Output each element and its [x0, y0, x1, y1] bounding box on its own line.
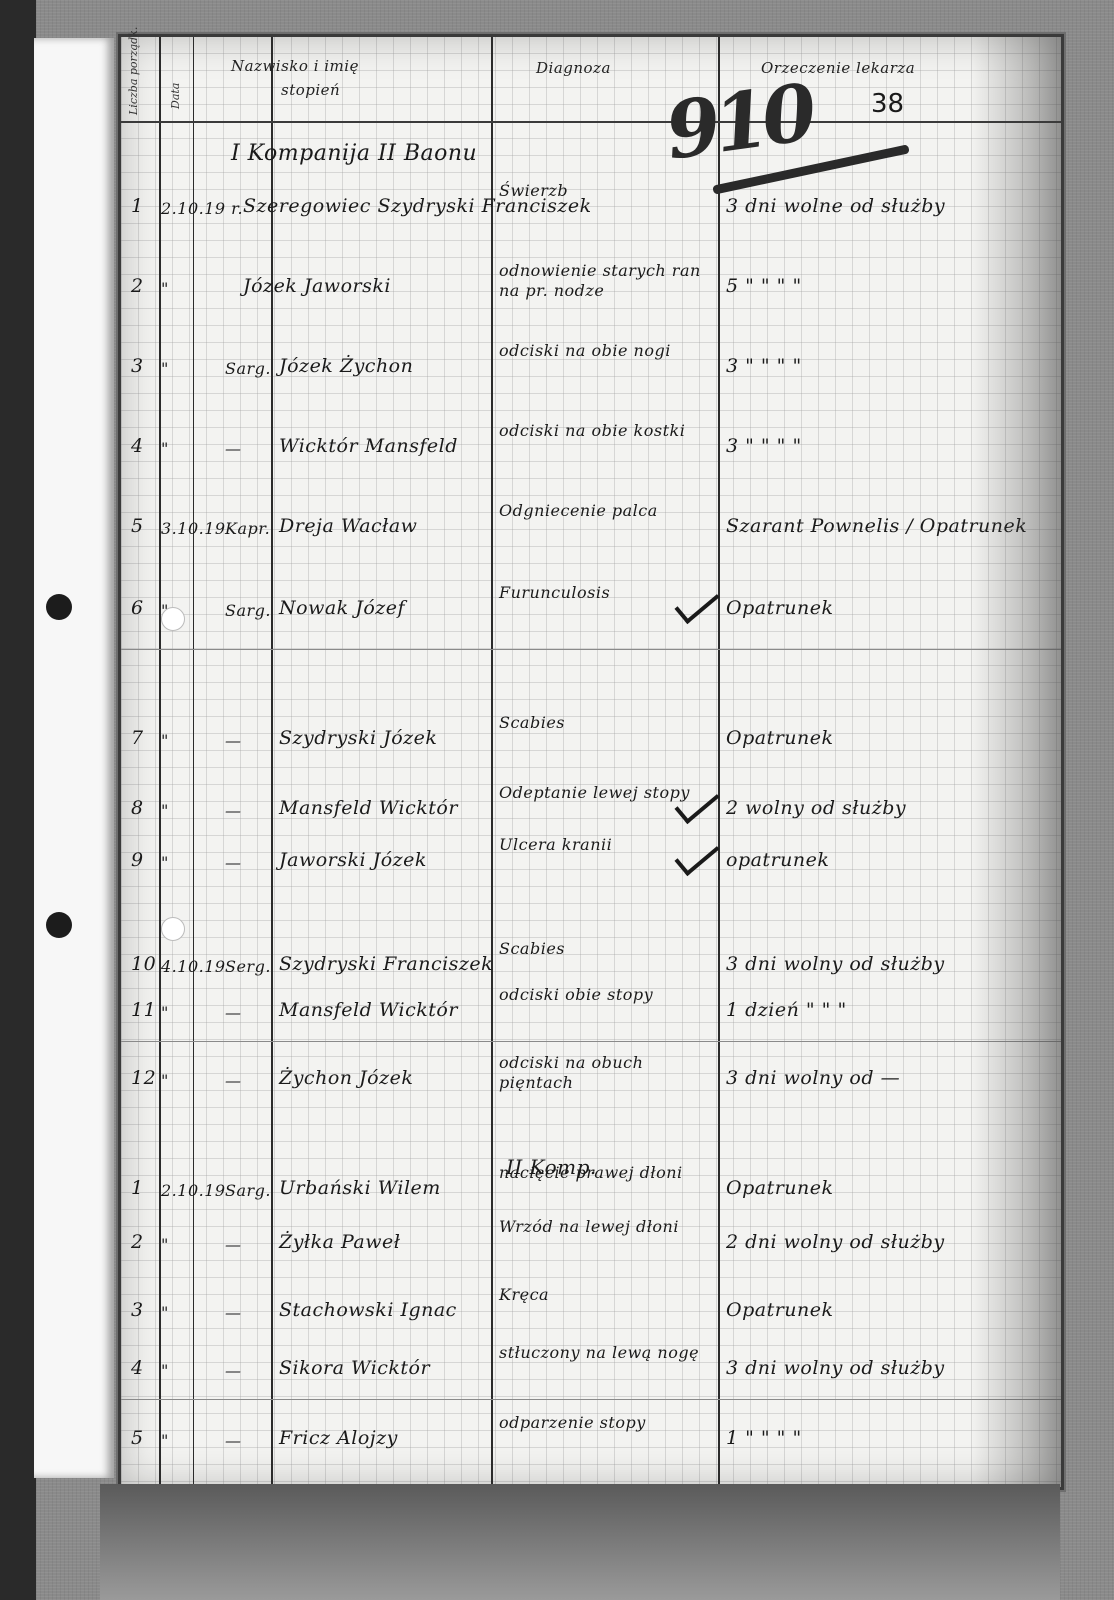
back-leaf	[34, 38, 114, 1478]
entry-rank: —	[225, 1003, 242, 1022]
entry-rank: Kapr.	[225, 519, 270, 538]
entry-date: "	[161, 359, 169, 378]
entry-physician-note: Szarant Pownelis / Opatrunek	[726, 515, 1046, 537]
entry-number: 1	[131, 195, 144, 217]
entry-number: 4	[131, 1357, 144, 1379]
header-ordinal: Liczba porządk.	[127, 27, 140, 115]
ledger-page: Liczba porządk. Data Nazwisko i imię sto…	[118, 34, 1064, 1490]
entry-name: Żychon Józek	[279, 1067, 413, 1089]
header-name: Nazwisko i imię	[231, 57, 359, 75]
entry-number: 1	[131, 1177, 144, 1199]
header-rule	[121, 121, 1061, 123]
header-date: Data	[169, 83, 182, 109]
entry-rank: —	[225, 1361, 242, 1380]
section-title: II Komp.	[506, 1155, 597, 1179]
entry-name: Józek Jaworski	[243, 275, 391, 297]
row-rule	[121, 649, 1061, 650]
punch-hole	[161, 917, 185, 941]
scanner-edge	[0, 0, 36, 1600]
entry-number: 8	[131, 797, 144, 819]
entry-date: "	[161, 731, 169, 750]
entry-number: 12	[131, 1067, 156, 1089]
entry-physician-note: 3 dni wolny od —	[726, 1067, 1046, 1089]
entry-date: "	[161, 853, 169, 872]
entry-physician-note: Opatrunek	[726, 1299, 1046, 1321]
entry-diagnosis: Świerzb	[499, 181, 714, 201]
entry-diagnosis: odciski obie stopy	[499, 985, 714, 1005]
entry-date: "	[161, 801, 169, 820]
entry-diagnosis: stłuczony na lewą nogę	[499, 1343, 714, 1363]
entry-physician-note: 3 dni wolne od służby	[726, 195, 1046, 217]
entry-date: "	[161, 439, 169, 458]
entry-number: 5	[131, 1427, 144, 1449]
binder-hole	[46, 594, 72, 620]
entry-name: Józek Żychon	[279, 355, 413, 377]
entry-diagnosis: odciski na obie kostki	[499, 421, 714, 441]
entry-physician-note: opatrunek	[726, 849, 1046, 871]
entry-name: Żyłka Paweł	[279, 1231, 400, 1253]
entry-diagnosis: Odeptanie lewej stopy	[499, 783, 714, 803]
entry-diagnosis: Ulcera kranii	[499, 835, 714, 855]
entry-date: "	[161, 1361, 169, 1380]
entry-name: Wicktór Mansfeld	[279, 435, 458, 457]
header-diagnosis: Diagnoza	[536, 59, 611, 77]
entry-date: "	[161, 601, 169, 620]
entry-rank: —	[225, 1071, 242, 1090]
entry-rank: Sarg.	[225, 601, 271, 620]
archive-stamp-number: 910	[660, 67, 816, 177]
entry-diagnosis: Scabies	[499, 939, 714, 959]
entry-number: 6	[131, 597, 144, 619]
entry-date: 4.10.19	[161, 957, 226, 976]
row-rule	[121, 1041, 1061, 1042]
entry-date: "	[161, 1303, 169, 1322]
section-title: I Kompanija II Baonu	[231, 141, 477, 166]
entry-diagnosis: odciski na obuch pięntach	[499, 1053, 714, 1093]
entry-number: 4	[131, 435, 144, 457]
entry-diagnosis: Furunculosis	[499, 583, 714, 603]
entry-date: "	[161, 1003, 169, 1022]
entry-rank: Sarg.	[225, 359, 271, 378]
column-divider	[193, 37, 194, 1487]
entry-diagnosis: Odgniecenie palca	[499, 501, 714, 521]
entry-physician-note: 3 dni wolny od służby	[726, 1357, 1046, 1379]
entry-date: "	[161, 1071, 169, 1090]
entry-rank: Sarg.	[225, 1181, 271, 1200]
column-divider	[491, 37, 493, 1487]
entry-number: 5	[131, 515, 144, 537]
entry-number: 2	[131, 1231, 144, 1253]
entry-date: 3.10.19	[161, 519, 226, 538]
entry-rank: —	[225, 801, 242, 820]
entry-name: Nowak Józef	[279, 597, 405, 619]
entry-physician-note: 2 dni wolny od służby	[726, 1231, 1046, 1253]
entry-rank: —	[225, 1235, 242, 1254]
entry-diagnosis: odnowienie starych ran na pr. nodze	[499, 261, 714, 301]
entry-physician-note: 2 wolny od służby	[726, 797, 1046, 819]
entry-rank: —	[225, 1431, 242, 1450]
entry-name: Mansfeld Wicktór	[279, 999, 458, 1021]
entry-name: Urbański Wilem	[279, 1177, 441, 1199]
entry-name: Stachowski Ignac	[279, 1299, 457, 1321]
entry-rank: —	[225, 1303, 242, 1322]
column-divider	[159, 37, 161, 1487]
entry-diagnosis: Wrzód na lewej dłoni	[499, 1217, 714, 1237]
entry-name: Mansfeld Wicktór	[279, 797, 458, 819]
entry-name: Szydryski Józek	[279, 727, 437, 749]
entry-diagnosis: Kręca	[499, 1285, 714, 1305]
entry-diagnosis: odparzenie stopy	[499, 1413, 714, 1433]
entry-physician-note: 1 " " " "	[726, 1427, 1046, 1449]
entry-date: 2.10.19	[161, 1181, 226, 1200]
entry-rank: Serg.	[225, 957, 271, 976]
entry-rank: —	[225, 731, 242, 750]
entry-rank: —	[225, 853, 242, 872]
entry-physician-note: 1 dzień " " "	[726, 999, 1046, 1021]
entry-number: 11	[131, 999, 156, 1021]
entry-physician-note: 3 " " " "	[726, 435, 1046, 457]
entry-physician-note: 3 " " " "	[726, 355, 1046, 377]
entry-number: 7	[131, 727, 144, 749]
desk-surface	[100, 1484, 1060, 1600]
entry-name: Szydryski Franciszek	[279, 953, 493, 975]
entry-physician-note: 3 dni wolny od służby	[726, 953, 1046, 975]
header-name-line2: stopień	[281, 81, 340, 99]
entry-rank: —	[225, 439, 242, 458]
entry-date: "	[161, 1431, 169, 1450]
column-divider	[271, 37, 273, 1487]
entry-number: 3	[131, 1299, 144, 1321]
entry-date: "	[161, 1235, 169, 1254]
entry-name: Jaworski Józek	[279, 849, 427, 871]
entry-name: Fricz Alojzy	[279, 1427, 398, 1449]
row-rule	[121, 1399, 1061, 1400]
entry-number: 3	[131, 355, 144, 377]
entry-physician-note: Opatrunek	[726, 597, 1046, 619]
entry-diagnosis: Scabies	[499, 713, 714, 733]
entry-physician-note: Opatrunek	[726, 727, 1046, 749]
entry-number: 10	[131, 953, 156, 975]
entry-date: 2.10.19 r.	[161, 199, 243, 218]
entry-name: Sikora Wicktór	[279, 1357, 430, 1379]
entry-date: "	[161, 279, 169, 298]
page-number: 38	[871, 89, 904, 119]
entry-number: 2	[131, 275, 144, 297]
entry-number: 9	[131, 849, 144, 871]
entry-diagnosis: odciski na obie nogi	[499, 341, 714, 361]
entry-physician-note: Opatrunek	[726, 1177, 1046, 1199]
binder-hole	[46, 912, 72, 938]
entry-name: Dreja Wacław	[279, 515, 417, 537]
column-divider	[718, 37, 720, 1487]
entry-physician-note: 5 " " " "	[726, 275, 1046, 297]
